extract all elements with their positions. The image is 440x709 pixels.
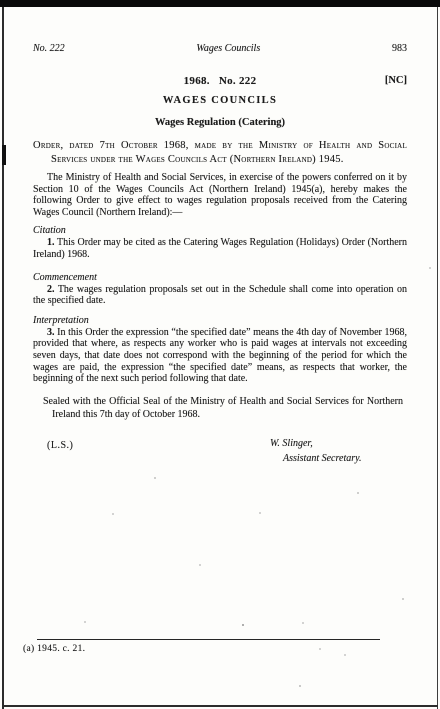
seal-mark: (L.S.) xyxy=(47,440,73,451)
signature-name: W. Slinger, xyxy=(270,438,313,449)
section-paragraph: 1. This Order may be cited as the Cateri… xyxy=(33,237,407,260)
masthead-number: No. 222 xyxy=(219,75,257,87)
masthead-year: 1968. xyxy=(184,75,210,87)
signature-role: Assistant Secretary. xyxy=(283,453,362,464)
subject-title: Wages Regulation (Catering) xyxy=(33,117,407,128)
corner-tag: [NC] xyxy=(385,75,407,86)
page-content: No. 222 Wages Councils 983 1968.No. 222 … xyxy=(33,7,407,472)
section-commencement: Commencement 2. The wages regulation pro… xyxy=(33,272,407,307)
running-header-title: Wages Councils xyxy=(196,43,260,54)
section-heading: Citation xyxy=(33,225,407,236)
series-title: WAGES COUNCILS xyxy=(33,95,407,106)
section-heading: Commencement xyxy=(33,272,407,283)
section-citation: Citation 1. This Order may be cited as t… xyxy=(33,225,407,260)
paragraph-number: 2. xyxy=(47,284,55,295)
preamble-paragraph: The Ministry of Health and Social Servic… xyxy=(33,172,407,218)
order-recital: Order, dated 7th October 1968, made by t… xyxy=(33,139,407,166)
paragraph-text: This Order may be cited as the Catering … xyxy=(33,237,407,260)
running-header-number: No. 222 xyxy=(33,43,65,54)
section-paragraph: 3. In this Order the expression “the spe… xyxy=(33,327,407,385)
masthead-line: 1968.No. 222 [NC] xyxy=(33,75,407,87)
section-paragraph: 2. The wages regulation proposals set ou… xyxy=(33,284,407,307)
section-heading: Interpretation xyxy=(33,315,407,326)
running-header-page: 983 xyxy=(392,43,407,54)
scanned-document-page: No. 222 Wages Councils 983 1968.No. 222 … xyxy=(0,0,440,709)
footnote-rule xyxy=(37,639,380,640)
running-header: No. 222 Wages Councils 983 xyxy=(33,43,407,54)
paragraph-text: In this Order the expression “the specif… xyxy=(33,327,407,384)
paragraph-number: 1. xyxy=(47,237,55,248)
paragraph-number: 3. xyxy=(47,327,55,338)
scan-left-edge xyxy=(2,7,4,709)
scan-edge-blotch xyxy=(2,145,6,165)
paragraph-text: The wages regulation proposals set out i… xyxy=(33,284,407,307)
section-interpretation: Interpretation 3. In this Order the expr… xyxy=(33,315,407,385)
scan-top-edge xyxy=(0,0,440,7)
footnote: (a) 1945. c. 21. xyxy=(23,644,85,654)
sealing-clause: Sealed with the Official Seal of the Min… xyxy=(52,396,407,422)
scan-bottom-edge xyxy=(2,705,438,707)
signature-block: (L.S.) W. Slinger, Assistant Secretary. xyxy=(33,438,407,472)
scan-right-edge xyxy=(437,7,439,709)
